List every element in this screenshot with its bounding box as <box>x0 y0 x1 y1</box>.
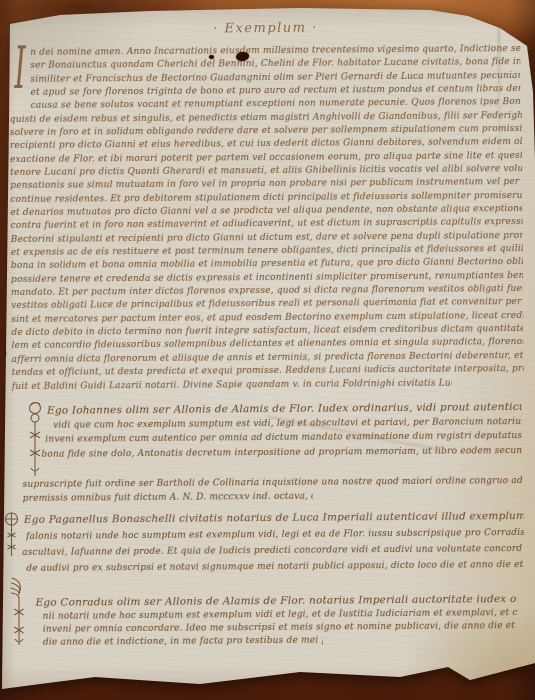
notary2-line: Ego Paganellus Bonaschelli civitatis not… <box>24 511 524 526</box>
parchment-sheet: · Exemplum · I n dei nomine amen. Anno I… <box>0 0 535 700</box>
main-text-line: contra fuerint et in foro non estimaveri… <box>11 217 523 232</box>
notary1-line: bona fide sine dolo, Antonatis decretum … <box>41 446 522 461</box>
main-text-line: lem et concordio fideiussoribus sollempn… <box>11 337 523 352</box>
main-text-line: tendas et officiunt, ut desta predicta e… <box>12 364 524 379</box>
notary1-line: Ego Iohannes olim ser Allonis de Alamis … <box>47 402 522 417</box>
main-text-line: causa se bene solutos vocant et renumpti… <box>31 97 521 112</box>
manuscript-text: · Exemplum · I n dei nomine amen. Anno I… <box>0 0 535 700</box>
notarial-sign-icon <box>3 511 20 559</box>
notary1-dating-line: premissis omnibus fuit dictum A. N. D. m… <box>23 492 313 505</box>
notary3-line: inveni per omnia concordare. Ideo me sub… <box>43 621 518 636</box>
main-text-line: vestitos obligati Luce de principalibus … <box>11 297 523 312</box>
notary3-line: nii notarii unde hoc sumptum est exemplu… <box>43 608 518 623</box>
notary2-line: falonis notarii unde hoc sumptum est exe… <box>26 528 524 543</box>
notary1-dating-line: suprascripte fuit ordine ser Bartholi de… <box>23 476 523 491</box>
notary1-line: inveni exemplum cum autentico per omnia … <box>45 431 522 446</box>
drop-cap-initial: I <box>14 38 26 104</box>
margin-speck <box>4 352 7 355</box>
notary3-line: Ego Conradus olim ser Allonis de Alamis … <box>35 594 517 609</box>
notary3-line: die anno die et indictione, in me facta … <box>43 636 323 649</box>
notary2-line: ascultavi, Iafuanne dei prode. Et quia d… <box>22 544 522 559</box>
parchment-shadow: · Exemplum · I n dei nomine amen. Anno I… <box>0 0 535 700</box>
main-text-line: recipienti pro dicto Gianni et eius here… <box>10 137 522 152</box>
main-text-line: bona in solidum et bona omnia mobilia et… <box>11 257 523 272</box>
main-text-line: pensationis sue simul mutuatam in foro v… <box>10 177 522 192</box>
notarial-sign-icon <box>24 400 46 480</box>
notarial-sign-icon <box>8 575 30 649</box>
main-text-line: fuit et Baldini Guidi Lazarii notarii. D… <box>12 379 452 393</box>
notary2-line: de audivi pro ex subscripsi et notavi si… <box>26 560 524 575</box>
margin-speck <box>5 168 8 171</box>
document-heading: · Exemplum · <box>0 19 533 38</box>
notary1-line: vidi que cum hoc exemplum sumptum est vi… <box>53 417 522 432</box>
ink-blot-small <box>209 55 214 59</box>
main-text-line: ser Bonaiunctus quondam Cherichi del Ben… <box>30 57 520 72</box>
photo-of-manuscript: · Exemplum · I n dei nomine amen. Anno I… <box>0 0 535 700</box>
